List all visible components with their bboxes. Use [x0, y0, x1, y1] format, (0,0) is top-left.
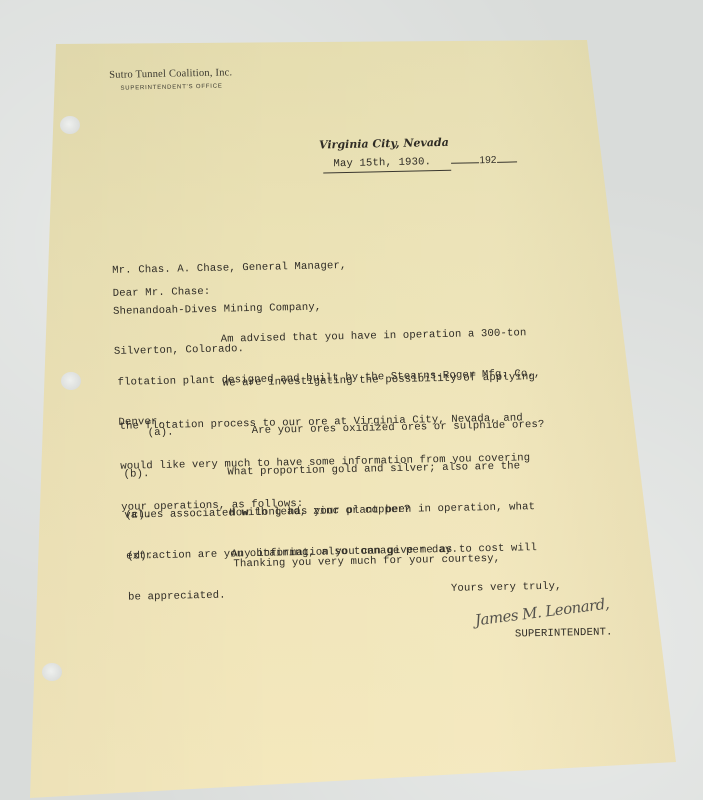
dateline-year-prefix: 192 — [479, 155, 496, 166]
recipient-line: Mr. Chas. A. Chase, General Manager, — [112, 260, 346, 278]
paragraph-line: We are investigating the possibility of … — [119, 371, 536, 393]
dateline: Virginia City, Nevada May 15th, 1930.192 — [280, 113, 517, 191]
signatory-title: SUPERINTENDENT. — [515, 627, 613, 643]
question-label: (a). — [148, 425, 252, 441]
salutation: Dear Mr. Chase: — [113, 286, 211, 302]
letterhead-company: Sutro Tunnel Coalition, Inc. — [109, 67, 232, 81]
letter-content: Sutro Tunnel Coalition, Inc. Superintend… — [0, 0, 703, 800]
letterhead-office: Superintendent's Office — [120, 84, 222, 92]
complimentary-close: Yours very truly, — [451, 581, 562, 597]
question-label: (d). — [127, 548, 231, 564]
dateline-date: May 15th, 1930. — [323, 156, 451, 173]
dateline-place: Virginia City, Nevada — [319, 136, 449, 152]
